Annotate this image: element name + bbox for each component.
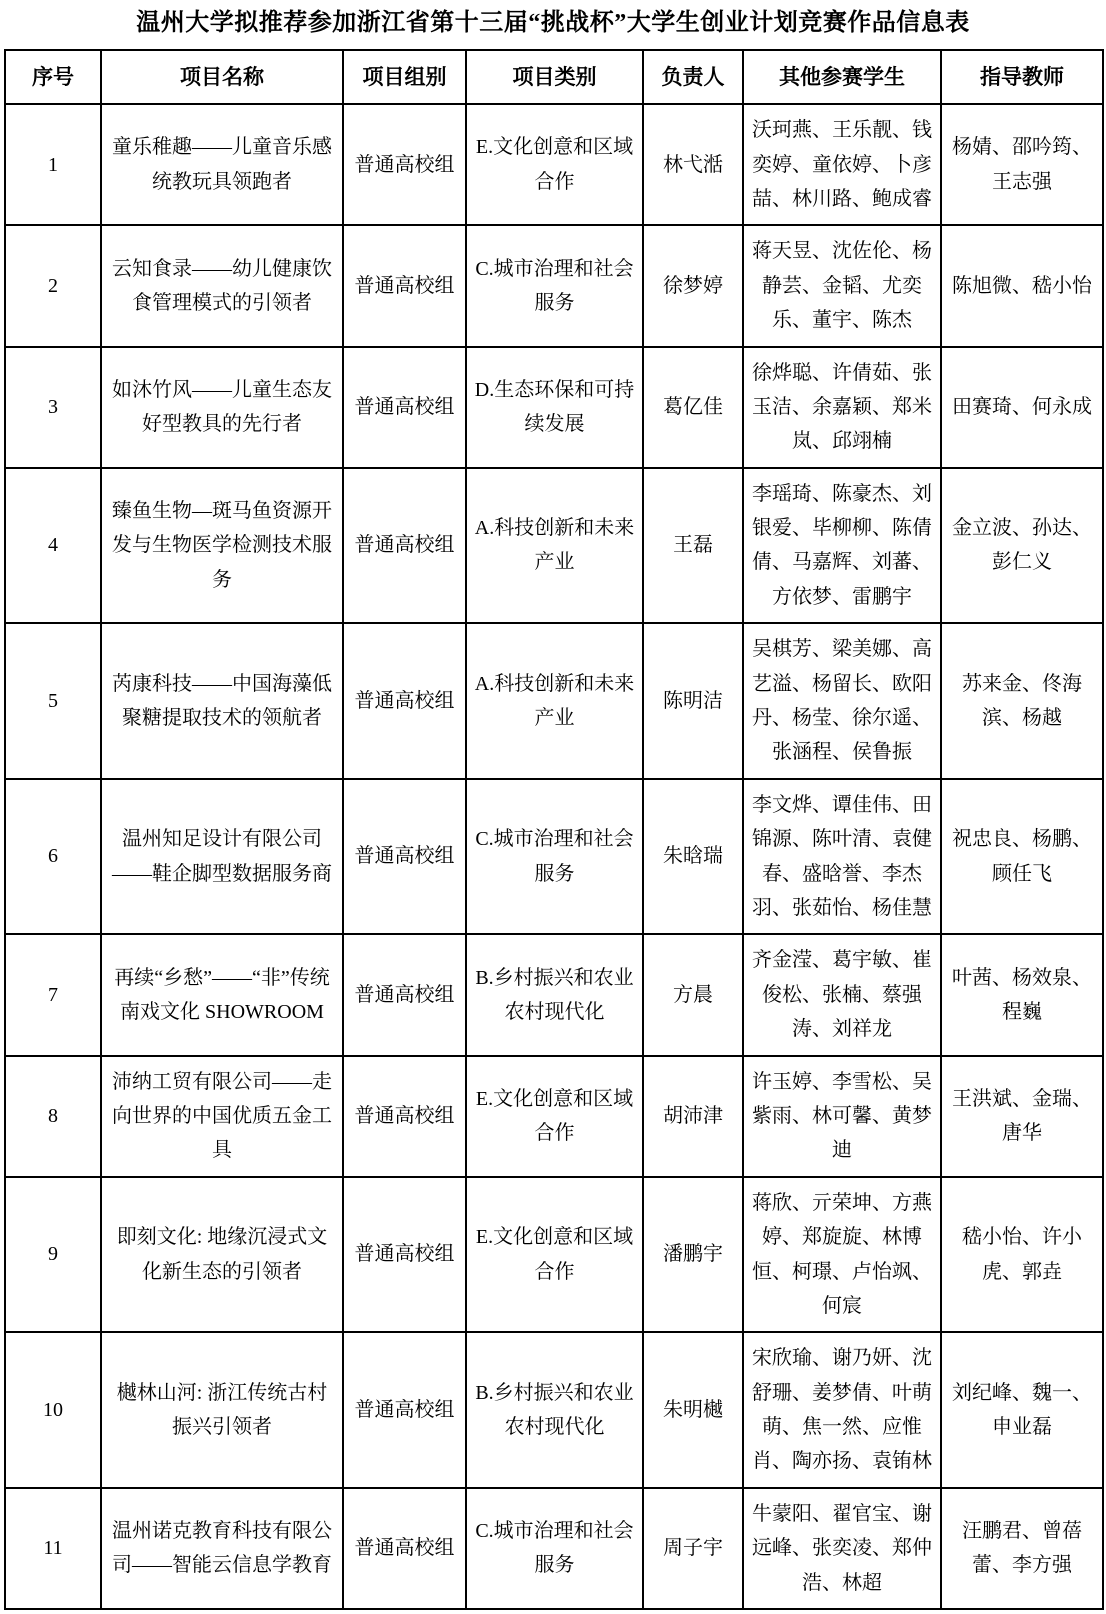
project-name-cell: 温州诺克教育科技有限公司——智能云信息学教育 (101, 1488, 343, 1609)
table-row: 4臻鱼生物—斑马鱼资源开发与生物医学检测技术服务普通高校组A.科技创新和未来产业… (5, 468, 1103, 624)
project-leader-cell: 朱明樾 (643, 1332, 743, 1488)
row-number-cell: 2 (5, 225, 101, 346)
other-students-cell: 李文烨、谭佳伟、田锦源、陈叶清、袁健春、盛晗誉、李杰羽、张茹怡、杨佳慧 (743, 779, 941, 935)
project-name-cell: 樾林山河: 浙江传统古村振兴引领者 (101, 1332, 343, 1488)
project-leader-cell: 王磊 (643, 468, 743, 624)
row-number-cell: 3 (5, 347, 101, 468)
row-number-cell: 1 (5, 104, 101, 225)
other-students-cell: 宋欣瑜、谢乃妍、沈舒珊、姜梦倩、叶萌萌、焦一然、应惟肖、陶亦扬、袁铕林 (743, 1332, 941, 1488)
advisors-cell: 田赛琦、何永成 (941, 347, 1103, 468)
advisors-cell: 陈旭微、嵇小怡 (941, 225, 1103, 346)
project-category-cell: D.生态环保和可持续发展 (466, 347, 643, 468)
other-students-cell: 蒋天昱、沈佐伦、杨静芸、金韬、尤奕乐、董宇、陈杰 (743, 225, 941, 346)
project-leader-cell: 朱晗瑞 (643, 779, 743, 935)
project-name-cell: 温州知足设计有限公司——鞋企脚型数据服务商 (101, 779, 343, 935)
other-students-cell: 许玉婷、李雪松、吴紫雨、林可馨、黄梦迪 (743, 1056, 941, 1177)
table-body: 1童乐稚趣——儿童音乐感统教玩具领跑者普通高校组E.文化创意和区域合作林弋湉沃珂… (5, 104, 1103, 1609)
other-students-cell: 蒋欣、亓荣坤、方燕婷、郑旋旋、林博恒、柯璟、卢怡飒、何宸 (743, 1177, 941, 1333)
project-category-cell: E.文化创意和区域合作 (466, 104, 643, 225)
row-number-cell: 9 (5, 1177, 101, 1333)
table-row: 7再续“乡愁”——“非”传统南戏文化 SHOWROOM普通高校组B.乡村振兴和农… (5, 934, 1103, 1055)
project-group-cell: 普通高校组 (343, 1332, 466, 1488)
project-group-cell: 普通高校组 (343, 347, 466, 468)
row-number-cell: 8 (5, 1056, 101, 1177)
advisors-cell: 金立波、孙达、彭仁义 (941, 468, 1103, 624)
row-number-cell: 7 (5, 934, 101, 1055)
table-title: 温州大学拟推荐参加浙江省第十三届“挑战杯”大学生创业计划竞赛作品信息表 (4, 8, 1102, 39)
column-header-teachers: 指导教师 (941, 50, 1103, 104)
column-header-students: 其他参赛学生 (743, 50, 941, 104)
table-header: 序号项目名称项目组别项目类别负责人其他参赛学生指导教师 (5, 50, 1103, 104)
advisors-cell: 刘纪峰、魏一、申业磊 (941, 1332, 1103, 1488)
project-category-cell: A.科技创新和未来产业 (466, 623, 643, 779)
table-row: 8沛纳工贸有限公司——走向世界的中国优质五金工具普通高校组E.文化创意和区域合作… (5, 1056, 1103, 1177)
project-leader-cell: 徐梦婷 (643, 225, 743, 346)
project-category-cell: B.乡村振兴和农业农村现代化 (466, 1332, 643, 1488)
project-category-cell: C.城市治理和社会服务 (466, 779, 643, 935)
table-row: 2云知食录——幼儿健康饮食管理模式的引领者普通高校组C.城市治理和社会服务徐梦婷… (5, 225, 1103, 346)
project-group-cell: 普通高校组 (343, 225, 466, 346)
project-leader-cell: 林弋湉 (643, 104, 743, 225)
project-group-cell: 普通高校组 (343, 779, 466, 935)
advisors-cell: 杨婧、邵吟筠、王志强 (941, 104, 1103, 225)
column-header-category: 项目类别 (466, 50, 643, 104)
project-category-cell: E.文化创意和区域合作 (466, 1177, 643, 1333)
table-row: 5芮康科技——中国海藻低聚糖提取技术的领航者普通高校组A.科技创新和未来产业陈明… (5, 623, 1103, 779)
document-page: 温州大学拟推荐参加浙江省第十三届“挑战杯”大学生创业计划竞赛作品信息表 序号项目… (0, 0, 1106, 1614)
advisors-cell: 汪鹏君、曾蓓蕾、李方强 (941, 1488, 1103, 1609)
advisors-cell: 苏来金、佟海滨、杨越 (941, 623, 1103, 779)
advisors-cell: 嵇小怡、许小虎、郭垚 (941, 1177, 1103, 1333)
project-group-cell: 普通高校组 (343, 104, 466, 225)
table-row: 3如沐竹风——儿童生态友好型教具的先行者普通高校组D.生态环保和可持续发展葛亿佳… (5, 347, 1103, 468)
project-category-cell: C.城市治理和社会服务 (466, 225, 643, 346)
project-leader-cell: 方晨 (643, 934, 743, 1055)
column-header-group: 项目组别 (343, 50, 466, 104)
row-number-cell: 4 (5, 468, 101, 624)
row-number-cell: 6 (5, 779, 101, 935)
advisors-cell: 叶茜、杨效泉、程巍 (941, 934, 1103, 1055)
other-students-cell: 齐金滢、葛宇敏、崔俊松、张楠、蔡强涛、刘祥龙 (743, 934, 941, 1055)
table-row: 1童乐稚趣——儿童音乐感统教玩具领跑者普通高校组E.文化创意和区域合作林弋湉沃珂… (5, 104, 1103, 225)
project-name-cell: 臻鱼生物—斑马鱼资源开发与生物医学检测技术服务 (101, 468, 343, 624)
advisors-cell: 王洪斌、金瑞、唐华 (941, 1056, 1103, 1177)
row-number-cell: 5 (5, 623, 101, 779)
project-leader-cell: 潘鹏宇 (643, 1177, 743, 1333)
project-name-cell: 再续“乡愁”——“非”传统南戏文化 SHOWROOM (101, 934, 343, 1055)
other-students-cell: 沃珂燕、王乐靓、钱奕婷、童依婷、卜彦喆、林川路、鲍成睿 (743, 104, 941, 225)
column-header-leader: 负责人 (643, 50, 743, 104)
table-row: 9即刻文化: 地缘沉浸式文化新生态的引领者普通高校组E.文化创意和区域合作潘鹏宇… (5, 1177, 1103, 1333)
project-group-cell: 普通高校组 (343, 1177, 466, 1333)
other-students-cell: 牛蒙阳、翟官宝、谢远峰、张奕凌、郑仲浩、林超 (743, 1488, 941, 1609)
row-number-cell: 11 (5, 1488, 101, 1609)
project-category-cell: C.城市治理和社会服务 (466, 1488, 643, 1609)
project-leader-cell: 周子宇 (643, 1488, 743, 1609)
table-row: 11温州诺克教育科技有限公司——智能云信息学教育普通高校组C.城市治理和社会服务… (5, 1488, 1103, 1609)
project-group-cell: 普通高校组 (343, 1488, 466, 1609)
project-leader-cell: 陈明洁 (643, 623, 743, 779)
project-group-cell: 普通高校组 (343, 934, 466, 1055)
other-students-cell: 李瑶琦、陈豪杰、刘银爱、毕柳柳、陈倩倩、马嘉辉、刘蕃、方依梦、雷鹏宇 (743, 468, 941, 624)
other-students-cell: 徐烨聪、许倩茹、张玉洁、余嘉颖、郑米岚、邱翊楠 (743, 347, 941, 468)
project-name-cell: 即刻文化: 地缘沉浸式文化新生态的引领者 (101, 1177, 343, 1333)
project-leader-cell: 胡沛津 (643, 1056, 743, 1177)
table-row: 6温州知足设计有限公司——鞋企脚型数据服务商普通高校组C.城市治理和社会服务朱晗… (5, 779, 1103, 935)
project-group-cell: 普通高校组 (343, 468, 466, 624)
project-category-cell: A.科技创新和未来产业 (466, 468, 643, 624)
project-group-cell: 普通高校组 (343, 623, 466, 779)
table-row: 10樾林山河: 浙江传统古村振兴引领者普通高校组B.乡村振兴和农业农村现代化朱明… (5, 1332, 1103, 1488)
column-header-no: 序号 (5, 50, 101, 104)
header-row: 序号项目名称项目组别项目类别负责人其他参赛学生指导教师 (5, 50, 1103, 104)
project-leader-cell: 葛亿佳 (643, 347, 743, 468)
column-header-project-name: 项目名称 (101, 50, 343, 104)
project-name-cell: 云知食录——幼儿健康饮食管理模式的引领者 (101, 225, 343, 346)
project-category-cell: B.乡村振兴和农业农村现代化 (466, 934, 643, 1055)
project-group-cell: 普通高校组 (343, 1056, 466, 1177)
advisors-cell: 祝忠良、杨鹏、顾任飞 (941, 779, 1103, 935)
project-name-cell: 童乐稚趣——儿童音乐感统教玩具领跑者 (101, 104, 343, 225)
row-number-cell: 10 (5, 1332, 101, 1488)
project-category-cell: E.文化创意和区域合作 (466, 1056, 643, 1177)
projects-table: 序号项目名称项目组别项目类别负责人其他参赛学生指导教师 1童乐稚趣——儿童音乐感… (4, 49, 1104, 1610)
project-name-cell: 如沐竹风——儿童生态友好型教具的先行者 (101, 347, 343, 468)
project-name-cell: 芮康科技——中国海藻低聚糖提取技术的领航者 (101, 623, 343, 779)
other-students-cell: 吴棋芳、梁美娜、高艺溢、杨留长、欧阳丹、杨莹、徐尔遥、张涵程、侯鲁振 (743, 623, 941, 779)
project-name-cell: 沛纳工贸有限公司——走向世界的中国优质五金工具 (101, 1056, 343, 1177)
